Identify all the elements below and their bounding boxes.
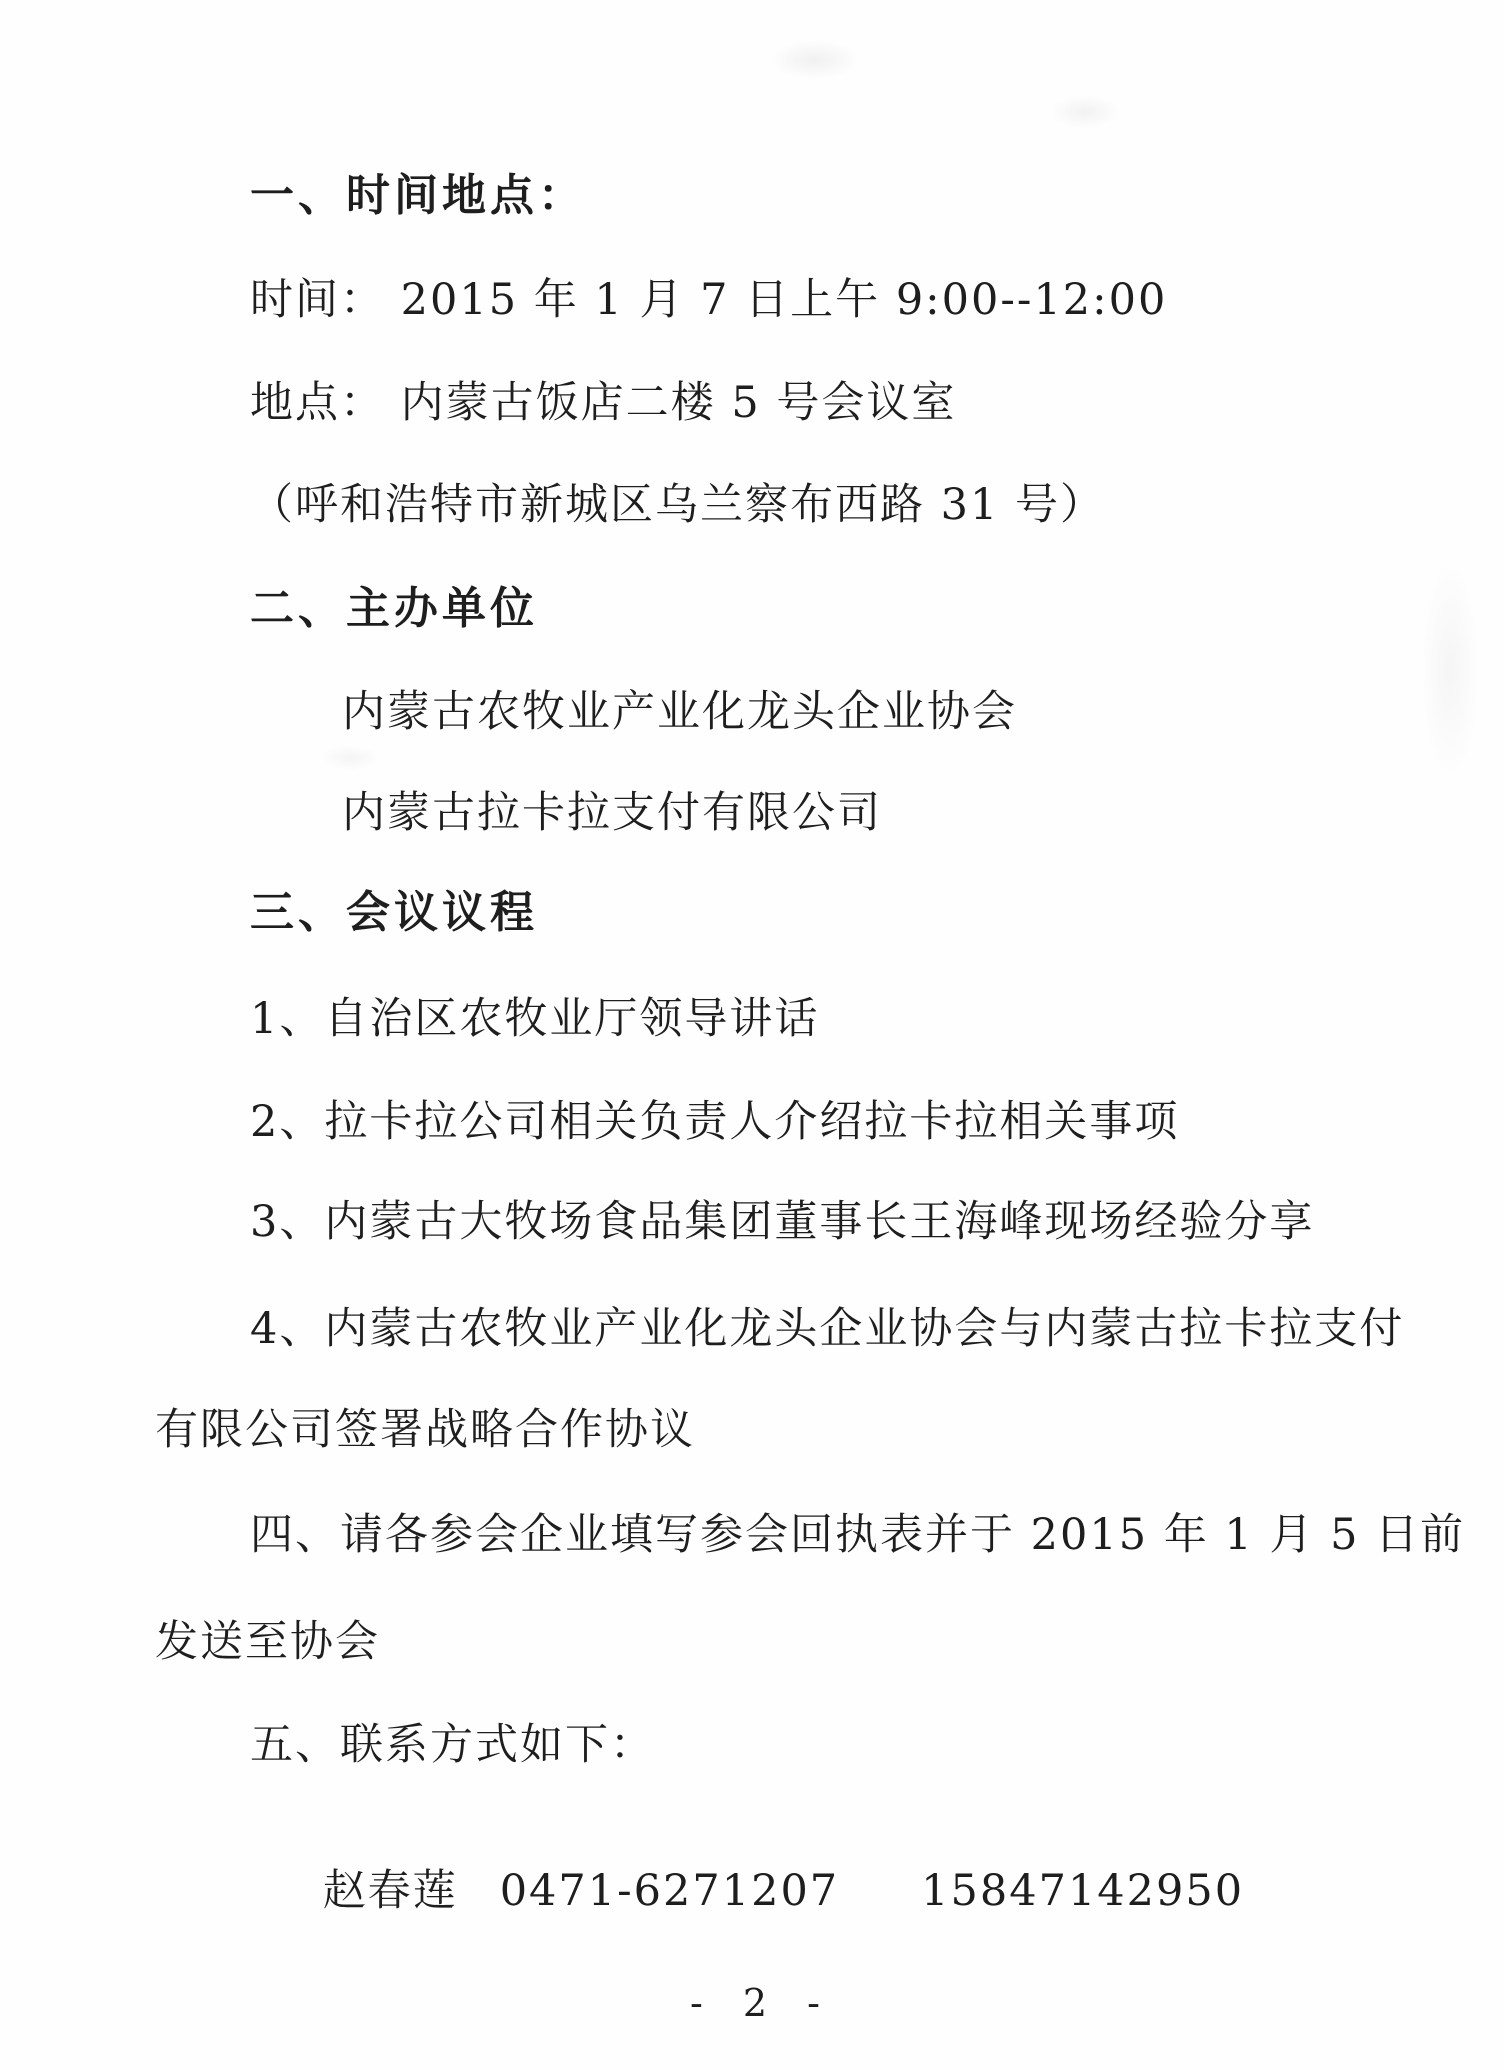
agenda-item-4-line2: 有限公司签署战略合作协议	[155, 1407, 695, 1454]
contact-phone: 0471-6271207	[500, 1868, 839, 1915]
section1-address-line: （呼和浩特市新城区乌兰察布西路 31 号）	[250, 482, 1105, 529]
scan-smudge	[320, 745, 380, 771]
contact-name: 赵春莲	[323, 1868, 458, 1915]
scan-smudge	[770, 40, 860, 80]
section4-line1: 四、请各参会企业填写参会回执表并于 2015 年 1 月 5 日前	[250, 1512, 1465, 1559]
agenda-item-3: 3、内蒙古大牧场食品集团董事长王海峰现场经验分享	[250, 1199, 1314, 1246]
section2-host1: 内蒙古农牧业产业化龙头企业协会	[342, 689, 1017, 736]
page-number: - 2 -	[690, 1981, 834, 2025]
contact-mobile: 15847142950	[921, 1868, 1244, 1915]
agenda-item-2: 2、拉卡拉公司相关负责人介绍拉卡拉相关事项	[250, 1099, 1179, 1146]
section3-heading: 三、会议议程	[250, 889, 538, 937]
agenda-item-1: 1、自治区农牧业厅领导讲话	[250, 996, 819, 1043]
section1-time-line: 时间： 2015 年 1 月 7 日上午 9:00--12:00	[250, 277, 1167, 324]
scan-smudge	[1050, 95, 1120, 129]
scanned-document-page: 一、时间地点： 时间： 2015 年 1 月 7 日上午 9:00--12:00…	[0, 0, 1504, 2070]
section2-heading: 二、主办单位	[250, 585, 538, 633]
section4-line2: 发送至协会	[155, 1619, 380, 1666]
section5-heading: 五、联系方式如下：	[250, 1722, 655, 1769]
section1-heading: 一、时间地点：	[250, 172, 586, 220]
agenda-item-4-line1: 4、内蒙古农牧业产业化龙头企业协会与内蒙古拉卡拉支付	[250, 1306, 1404, 1353]
section1-place-line: 地点： 内蒙古饭店二楼 5 号会议室	[250, 380, 956, 427]
contact-line: 赵春莲0471-627120715847142950	[260, 1821, 1244, 1963]
scan-smudge	[1420, 560, 1480, 780]
section2-host2: 内蒙古拉卡拉支付有限公司	[342, 790, 882, 837]
